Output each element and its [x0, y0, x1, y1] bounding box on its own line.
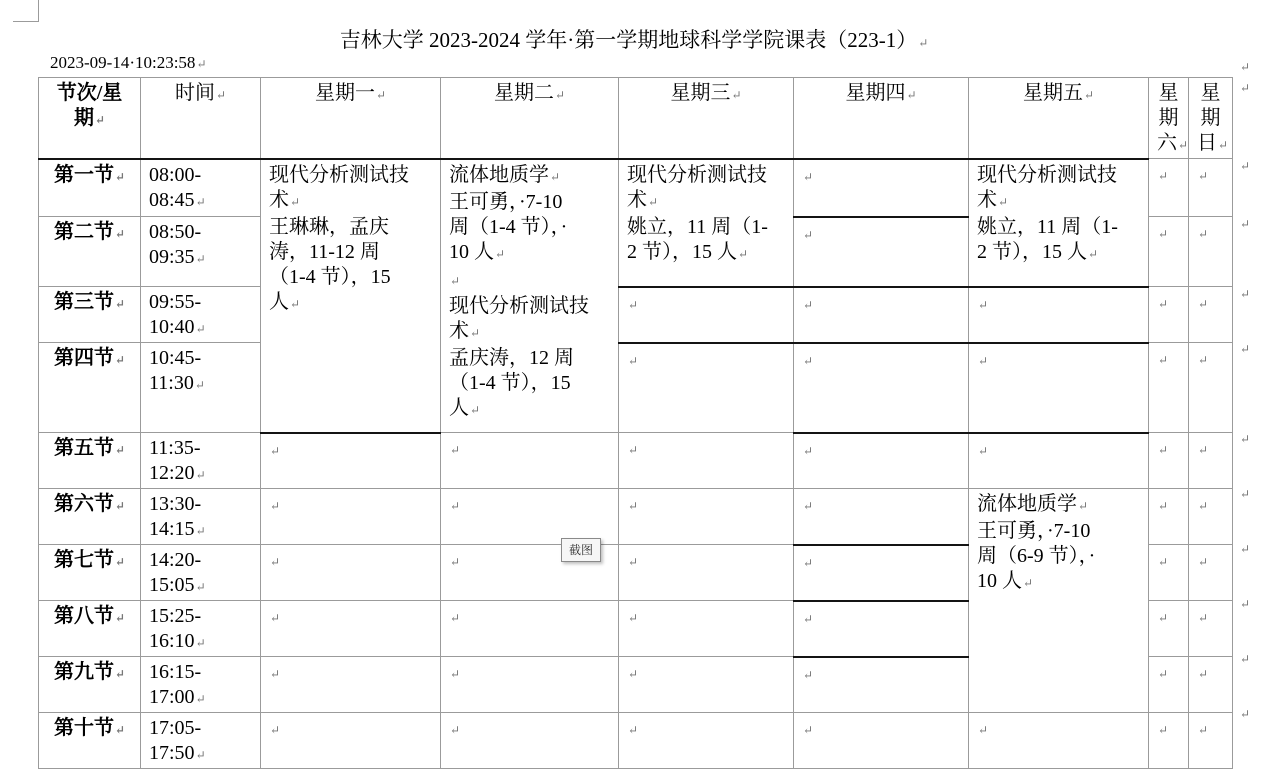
period-cell-10[interactable]: 第十节↵: [39, 713, 141, 769]
cell-text-line: 10:45-: [149, 346, 252, 371]
paragraph-mark: ↵: [803, 668, 813, 682]
paragraph-mark: ↵: [1084, 88, 1094, 102]
cell-text-line: 星期一↵: [269, 81, 432, 108]
cell-text-line: 2 节），15 人↵: [627, 240, 785, 267]
cell-text-line: 姚立，11 周（1-: [627, 215, 785, 240]
cell-text-line: ↵: [1197, 346, 1224, 373]
cell-wednesday-r5[interactable]: ↵: [619, 433, 794, 489]
cell-text-line: 14:20-: [149, 548, 252, 573]
cell-text-line: 17:50↵: [149, 741, 252, 768]
cell-saturday-r8[interactable]: ↵: [1149, 601, 1189, 657]
cell-text-line: 12:20↵: [149, 461, 252, 488]
period-cell-3[interactable]: 第三节↵: [39, 287, 141, 343]
end-of-row-mark: ↵: [1240, 707, 1250, 722]
cell-text-line: 周（6-9 节），·: [977, 544, 1140, 569]
paragraph-mark: ↵: [803, 298, 813, 312]
cell-thursday-r6[interactable]: ↵: [794, 489, 969, 545]
page-title: 吉林大学 2023-2024 学年·第一学期地球科学学院课表（223-1）↵: [0, 24, 1268, 54]
cell-text-line: 第二节↵: [47, 220, 132, 247]
cell-text-line: ↵: [1197, 492, 1224, 519]
header-wednesday[interactable]: 星期三↵: [619, 78, 794, 159]
paragraph-mark: ↵: [196, 636, 206, 650]
cell-text-line: ↵: [627, 660, 785, 687]
cell-text-line: ↵: [627, 347, 785, 374]
cell-text-line: 13:30-: [149, 492, 252, 517]
paragraph-mark: ↵: [1158, 555, 1168, 569]
cell-friday-r6[interactable]: 流体地质学↵王可勇，·7-10周（6-9 节），·10 人↵: [969, 489, 1149, 713]
cell-tuesday-r6[interactable]: ↵: [441, 489, 619, 545]
cell-sunday-r5[interactable]: ↵: [1189, 433, 1233, 489]
paragraph-mark: ↵: [196, 195, 206, 209]
time-cell-10[interactable]: 17:05-17:50↵: [141, 713, 261, 769]
paragraph-mark: ↵: [1158, 723, 1168, 737]
cell-saturday-r9[interactable]: ↵: [1149, 657, 1189, 713]
paragraph-mark: ↵: [803, 612, 813, 626]
paragraph-mark: ↵: [450, 611, 460, 625]
cell-saturday-r4[interactable]: ↵: [1149, 343, 1189, 433]
paragraph-mark: ↵: [450, 723, 460, 737]
header-sunday[interactable]: 星期日↵: [1189, 78, 1233, 159]
cell-monday-r6[interactable]: ↵: [261, 489, 441, 545]
cell-thursday-r5[interactable]: ↵: [794, 433, 969, 489]
end-of-row-mark: ↵: [1240, 60, 1250, 75]
cell-text-line: 15:25-: [149, 604, 252, 629]
end-of-row-mark: ↵: [1240, 432, 1250, 447]
cell-text-line: ↵: [269, 548, 432, 575]
cell-text-line: ↵: [1157, 660, 1180, 687]
paragraph-mark: ↵: [628, 443, 638, 457]
cell-text-line: ↵: [269, 492, 432, 519]
cell-text-line: 09:55-: [149, 290, 252, 315]
header-thursday[interactable]: 星期四↵: [794, 78, 969, 159]
cell-friday-r3[interactable]: ↵: [969, 287, 1149, 343]
end-of-row-mark: ↵: [1240, 652, 1250, 667]
cell-text-line: 星: [1197, 81, 1224, 106]
cell-sunday-r3[interactable]: ↵: [1189, 287, 1233, 343]
cell-tuesday-r10[interactable]: ↵: [441, 713, 619, 769]
cell-text-line: ↵: [977, 437, 1140, 464]
cell-text-line: ↵: [977, 291, 1140, 318]
cell-wednesday-r6[interactable]: ↵: [619, 489, 794, 545]
cell-text-line: 流体地质学↵: [449, 163, 610, 190]
paragraph-mark: ↵: [1218, 138, 1228, 152]
cell-text-line: 术↵: [627, 188, 785, 215]
cell-text-line: 六↵: [1157, 131, 1180, 158]
cell-text-line: 09:35↵: [149, 245, 252, 272]
paragraph-mark: ↵: [803, 444, 813, 458]
cell-text-line: ↵: [269, 437, 432, 464]
paragraph-mark: ↵: [1198, 499, 1208, 513]
paragraph-mark: ↵: [115, 667, 125, 681]
cell-text-line: 17:05-: [149, 716, 252, 741]
cell-text-line: 星: [1157, 81, 1180, 106]
paragraph-mark: ↵: [495, 247, 505, 261]
end-of-row-mark: ↵: [1240, 542, 1250, 557]
paragraph-mark: ↵: [803, 228, 813, 242]
cell-text-line: 现代分析测试技: [977, 163, 1140, 188]
paragraph-mark: ↵: [470, 326, 480, 340]
cell-text-line: ↵: [802, 492, 960, 519]
cell-text-line: 王可勇，·7-10: [977, 519, 1140, 544]
screenshot-tooltip: 截图: [561, 538, 601, 562]
cell-text-line: 流体地质学↵: [977, 492, 1140, 519]
cell-wednesday-r3[interactable]: ↵: [619, 287, 794, 343]
cell-text-line: 星期二↵: [449, 81, 610, 108]
cell-text-line: 第七节↵: [47, 548, 132, 575]
paragraph-mark: ↵: [270, 611, 280, 625]
cell-thursday-r10[interactable]: ↵: [794, 713, 969, 769]
cell-text-line: 2 节），15 人↵: [977, 240, 1140, 267]
cell-text-line: ↵: [1157, 492, 1180, 519]
cell-sunday-r2[interactable]: ↵: [1189, 217, 1233, 287]
cell-sunday-r7[interactable]: ↵: [1189, 545, 1233, 601]
cell-text-line: 王可勇，·7-10: [449, 190, 610, 215]
cell-text-line: 15:05↵: [149, 573, 252, 600]
cell-text-line: ↵: [1197, 660, 1224, 687]
paragraph-mark: ↵: [978, 444, 988, 458]
period-cell-4[interactable]: 第四节↵: [39, 343, 141, 433]
end-of-row-mark: ↵: [1240, 487, 1250, 502]
cell-text-line: 节次/星: [47, 81, 132, 106]
paragraph-mark: ↵: [628, 354, 638, 368]
paragraph-mark: ↵: [978, 723, 988, 737]
cell-text-line: 10 人↵: [977, 569, 1140, 596]
paragraph-mark: ↵: [648, 195, 658, 209]
paragraph-mark: ↵: [1078, 499, 1088, 513]
cell-text-line: ↵: [802, 437, 960, 464]
cell-text-line: 术↵: [977, 188, 1140, 215]
cell-wednesday-r1[interactable]: 现代分析测试技术↵姚立，11 周（1-2 节），15 人↵: [619, 159, 794, 287]
paragraph-mark: ↵: [115, 170, 125, 184]
cell-sunday-r8[interactable]: ↵: [1189, 601, 1233, 657]
header-tuesday[interactable]: 星期二↵: [441, 78, 619, 159]
paragraph-mark: ↵: [1198, 723, 1208, 737]
cell-text-line: 日↵: [1197, 131, 1224, 158]
cell-text-line: 星期四↵: [802, 81, 960, 108]
cell-text-line: ↵: [1197, 548, 1224, 575]
cell-text-line: 08:00-: [149, 163, 252, 188]
paragraph-mark: ↵: [1158, 443, 1168, 457]
cell-sunday-r4[interactable]: ↵: [1189, 343, 1233, 433]
end-of-row-mark: ↵: [1240, 81, 1250, 96]
cell-thursday-r1[interactable]: ↵: [794, 159, 969, 217]
paragraph-mark: ↵: [115, 555, 125, 569]
cell-text-line: 期: [1157, 106, 1180, 131]
cell-text-line: ↵: [449, 436, 610, 463]
cell-text-line: 17:00↵: [149, 685, 252, 712]
cell-text-line: ↵: [449, 716, 610, 743]
cell-text-line: ↵: [1197, 162, 1224, 189]
period-cell-5[interactable]: 第五节↵: [39, 433, 141, 489]
time-cell-1[interactable]: 08:00-08:45↵: [141, 159, 261, 217]
cell-friday-r4[interactable]: ↵: [969, 343, 1149, 433]
paragraph-mark: ↵: [196, 57, 206, 71]
paragraph-mark: ↵: [270, 667, 280, 681]
paragraph-mark: ↵: [803, 354, 813, 368]
paragraph-mark: ↵: [290, 297, 300, 311]
cell-text-line: ↵: [627, 716, 785, 743]
cell-text-line: 14:15↵: [149, 517, 252, 544]
period-cell-7[interactable]: 第七节↵: [39, 545, 141, 601]
paragraph-mark: ↵: [1198, 227, 1208, 241]
time-cell-7[interactable]: 14:20-15:05↵: [141, 545, 261, 601]
paragraph-mark: ↵: [195, 378, 205, 392]
time-cell-3[interactable]: 09:55-10:40↵: [141, 287, 261, 343]
end-of-row-mark: ↵: [1240, 217, 1250, 232]
header-saturday[interactable]: 星期六↵: [1149, 78, 1189, 159]
time-cell-4[interactable]: 10:45-11:30↵: [141, 343, 261, 433]
cell-text-line: 期: [1197, 106, 1224, 131]
cell-text-line: 星期三↵: [627, 81, 785, 108]
cell-monday-r5[interactable]: ↵: [261, 433, 441, 489]
time-cell-2[interactable]: 08:50-09:35↵: [141, 217, 261, 287]
cell-friday-r10[interactable]: ↵: [969, 713, 1149, 769]
cell-thursday-r7[interactable]: ↵: [794, 545, 969, 601]
paragraph-mark: ↵: [803, 556, 813, 570]
paragraph-mark: ↵: [738, 247, 748, 261]
paragraph-mark: ↵: [196, 468, 206, 482]
paragraph-mark: ↵: [550, 170, 560, 184]
cell-text-line: 第八节↵: [47, 604, 132, 631]
cell-text-line: ↵: [1197, 290, 1224, 317]
paragraph-mark: ↵: [918, 36, 928, 50]
paragraph-mark: ↵: [115, 227, 125, 241]
cell-sunday-r9[interactable]: ↵: [1189, 657, 1233, 713]
cell-saturday-r6[interactable]: ↵: [1149, 489, 1189, 545]
page-margin-corner-mark-horizontal: [13, 21, 39, 22]
paragraph-mark: ↵: [450, 667, 460, 681]
paragraph-mark: ↵: [450, 555, 460, 569]
cell-text-line: 10:40↵: [149, 315, 252, 342]
paragraph-mark: ↵: [978, 298, 988, 312]
paragraph-mark: ↵: [1158, 169, 1168, 183]
paragraph-mark: ↵: [628, 298, 638, 312]
cell-text-line: ↵: [1157, 162, 1180, 189]
cell-monday-r8[interactable]: ↵: [261, 601, 441, 657]
cell-text-line: 第一节↵: [47, 163, 132, 190]
cell-text-line: ↵: [449, 604, 610, 631]
cell-text-line: 第九节↵: [47, 660, 132, 687]
paragraph-mark: ↵: [1178, 138, 1188, 152]
paragraph-mark: ↵: [1088, 247, 1098, 261]
period-cell-9[interactable]: 第九节↵: [39, 657, 141, 713]
cell-thursday-r4[interactable]: ↵: [794, 343, 969, 433]
period-cell-1[interactable]: 第一节↵: [39, 159, 141, 217]
cell-text-line: ↵: [449, 660, 610, 687]
paragraph-mark: ↵: [115, 297, 125, 311]
cell-text-line: 16:10↵: [149, 629, 252, 656]
period-cell-6[interactable]: 第六节↵: [39, 489, 141, 545]
paragraph-mark: ↵: [1158, 667, 1168, 681]
time-cell-6[interactable]: 13:30-14:15↵: [141, 489, 261, 545]
cell-text-line: ↵: [449, 267, 610, 294]
header-monday[interactable]: 星期一↵: [261, 78, 441, 159]
cell-wednesday-r10[interactable]: ↵: [619, 713, 794, 769]
cell-wednesday-r4[interactable]: ↵: [619, 343, 794, 433]
cell-text-line: ↵: [802, 163, 960, 190]
cell-text-line: ↵: [977, 716, 1140, 743]
paragraph-mark: ↵: [628, 667, 638, 681]
paragraph-mark: ↵: [470, 403, 480, 417]
paragraph-mark: ↵: [1158, 499, 1168, 513]
cell-text-line: 现代分析测试技: [269, 163, 432, 188]
end-of-row-mark: ↵: [1240, 287, 1250, 302]
cell-text-line: 第十节↵: [47, 716, 132, 743]
cell-text-line: ↵: [627, 492, 785, 519]
period-cell-2[interactable]: 第二节↵: [39, 217, 141, 287]
cell-text-line: ↵: [1197, 604, 1224, 631]
screenshot-tooltip-label: 截图: [569, 543, 593, 557]
paragraph-mark: ↵: [196, 692, 206, 706]
cell-text-line: 人↵: [269, 290, 432, 317]
cell-text-line: 第五节↵: [47, 436, 132, 463]
paragraph-mark: ↵: [115, 611, 125, 625]
cell-tuesday-r8[interactable]: ↵: [441, 601, 619, 657]
cell-text-line: ↵: [1157, 290, 1180, 317]
cell-text-line: ↵: [269, 604, 432, 631]
paragraph-mark: ↵: [196, 580, 206, 594]
paragraph-mark: ↵: [115, 499, 125, 513]
cell-text-line: ↵: [802, 347, 960, 374]
generated-timestamp-text: 2023-09-14·10:23:58: [50, 53, 195, 72]
paragraph-mark: ↵: [1023, 576, 1033, 590]
paragraph-mark: ↵: [906, 88, 916, 102]
time-cell-9[interactable]: 16:15-17:00↵: [141, 657, 261, 713]
cell-text-line: ↵: [802, 605, 960, 632]
paragraph-mark: ↵: [270, 555, 280, 569]
paragraph-mark: ↵: [1198, 169, 1208, 183]
cell-text-line: ↵: [1157, 436, 1180, 463]
cell-text-line: ↵: [802, 716, 960, 743]
cell-text-line: 11:30↵: [149, 371, 252, 398]
cell-friday-r1[interactable]: 现代分析测试技术↵姚立，11 周（1-2 节），15 人↵: [969, 159, 1149, 287]
document-page: 吉林大学 2023-2024 学年·第一学期地球科学学院课表（223-1）↵ 2…: [0, 0, 1268, 784]
paragraph-mark: ↵: [95, 113, 105, 127]
paragraph-mark: ↵: [978, 354, 988, 368]
cell-sunday-r1[interactable]: ↵: [1189, 159, 1233, 217]
cell-thursday-r8[interactable]: ↵: [794, 601, 969, 657]
cell-monday-r9[interactable]: ↵: [261, 657, 441, 713]
cell-text-line: ↵: [627, 604, 785, 631]
cell-sunday-r6[interactable]: ↵: [1189, 489, 1233, 545]
cell-text-line: ↵: [627, 436, 785, 463]
cell-text-line: ↵: [802, 221, 960, 248]
end-of-row-mark: ↵: [1240, 159, 1250, 174]
paragraph-mark: ↵: [803, 723, 813, 737]
cell-saturday-r5[interactable]: ↵: [1149, 433, 1189, 489]
paragraph-mark: ↵: [803, 499, 813, 513]
cell-text-line: （1-4 节），15: [449, 371, 610, 396]
cell-text-line: ↵: [627, 548, 785, 575]
time-cell-5[interactable]: 11:35-12:20↵: [141, 433, 261, 489]
cell-text-line: 08:50-: [149, 220, 252, 245]
time-cell-8[interactable]: 15:25-16:10↵: [141, 601, 261, 657]
cell-text-line: 姚立，11 周（1-: [977, 215, 1140, 240]
cell-thursday-r2[interactable]: ↵: [794, 217, 969, 287]
cell-text-line: ↵: [1157, 716, 1180, 743]
cell-saturday-r1[interactable]: ↵: [1149, 159, 1189, 217]
cell-monday-r1[interactable]: 现代分析测试技术↵王琳琳，孟庆涛，11-12 周（1-4 节），15人↵: [261, 159, 441, 433]
end-of-row-mark: ↵: [1240, 597, 1250, 612]
cell-text-line: 第三节↵: [47, 290, 132, 317]
end-of-row-mark: ↵: [1240, 342, 1250, 357]
cell-wednesday-r7[interactable]: ↵: [619, 545, 794, 601]
cell-text-line: ↵: [1157, 548, 1180, 575]
cell-wednesday-r8[interactable]: ↵: [619, 601, 794, 657]
cell-saturday-r2[interactable]: ↵: [1149, 217, 1189, 287]
cell-text-line: ↵: [802, 661, 960, 688]
paragraph-mark: ↵: [270, 444, 280, 458]
cell-friday-r5[interactable]: ↵: [969, 433, 1149, 489]
timetable: 节次/星期↵时间↵星期一↵星期二↵星期三↵星期四↵星期五↵星期六↵星期日↵第一节…: [38, 77, 1233, 769]
cell-text-line: 孟庆涛，12 周: [449, 346, 610, 371]
paragraph-mark: ↵: [1198, 353, 1208, 367]
header-period-day[interactable]: 节次/星期↵: [39, 78, 141, 159]
cell-text-line: 16:15-: [149, 660, 252, 685]
cell-tuesday-r1[interactable]: 流体地质学↵王可勇，·7-10周（1-4 节），·10 人↵↵现代分析测试技术↵…: [441, 159, 619, 433]
paragraph-mark: ↵: [196, 322, 206, 336]
cell-text-line: ↵: [1197, 220, 1224, 247]
paragraph-mark: ↵: [1158, 297, 1168, 311]
generated-timestamp: 2023-09-14·10:23:58↵: [50, 53, 207, 73]
cell-tuesday-r9[interactable]: ↵: [441, 657, 619, 713]
paragraph-mark: ↵: [1158, 227, 1168, 241]
paragraph-mark: ↵: [1158, 611, 1168, 625]
paragraph-mark: ↵: [998, 195, 1008, 209]
cell-text-line: ↵: [1157, 604, 1180, 631]
cell-text-line: 术↵: [449, 319, 610, 346]
cell-thursday-r3[interactable]: ↵: [794, 287, 969, 343]
page-margin-corner-mark-vertical: [38, 0, 39, 22]
cell-text-line: 10 人↵: [449, 240, 610, 267]
cell-saturday-r10[interactable]: ↵: [1149, 713, 1189, 769]
paragraph-mark: ↵: [1198, 443, 1208, 457]
cell-sunday-r10[interactable]: ↵: [1189, 713, 1233, 769]
cell-text-line: ↵: [802, 291, 960, 318]
cell-text-line: ↵: [269, 660, 432, 687]
paragraph-mark: ↵: [450, 443, 460, 457]
cell-text-line: ↵: [802, 549, 960, 576]
paragraph-mark: ↵: [270, 499, 280, 513]
cell-text-line: 现代分析测试技: [449, 294, 610, 319]
cell-text-line: 时间↵: [149, 81, 252, 108]
paragraph-mark: ↵: [803, 170, 813, 184]
paragraph-mark: ↵: [115, 353, 125, 367]
header-friday[interactable]: 星期五↵: [969, 78, 1149, 159]
cell-wednesday-r9[interactable]: ↵: [619, 657, 794, 713]
cell-text-line: （1-4 节），15: [269, 265, 432, 290]
cell-thursday-r9[interactable]: ↵: [794, 657, 969, 713]
cell-text-line: 现代分析测试技: [627, 163, 785, 188]
paragraph-mark: ↵: [1198, 297, 1208, 311]
cell-monday-r7[interactable]: ↵: [261, 545, 441, 601]
cell-monday-r10[interactable]: ↵: [261, 713, 441, 769]
cell-text-line: 王琳琳，孟庆: [269, 215, 432, 240]
paragraph-mark: ↵: [628, 611, 638, 625]
cell-text-line: 第四节↵: [47, 346, 132, 373]
cell-tuesday-r5[interactable]: ↵: [441, 433, 619, 489]
cell-text-line: ↵: [1157, 220, 1180, 247]
paragraph-mark: ↵: [1158, 353, 1168, 367]
paragraph-mark: ↵: [196, 252, 206, 266]
cell-text-line: ↵: [627, 291, 785, 318]
header-time[interactable]: 时间↵: [141, 78, 261, 159]
cell-text-line: ↵: [1157, 346, 1180, 373]
period-cell-8[interactable]: 第八节↵: [39, 601, 141, 657]
cell-saturday-r3[interactable]: ↵: [1149, 287, 1189, 343]
cell-saturday-r7[interactable]: ↵: [1149, 545, 1189, 601]
cell-text-line: 术↵: [269, 188, 432, 215]
